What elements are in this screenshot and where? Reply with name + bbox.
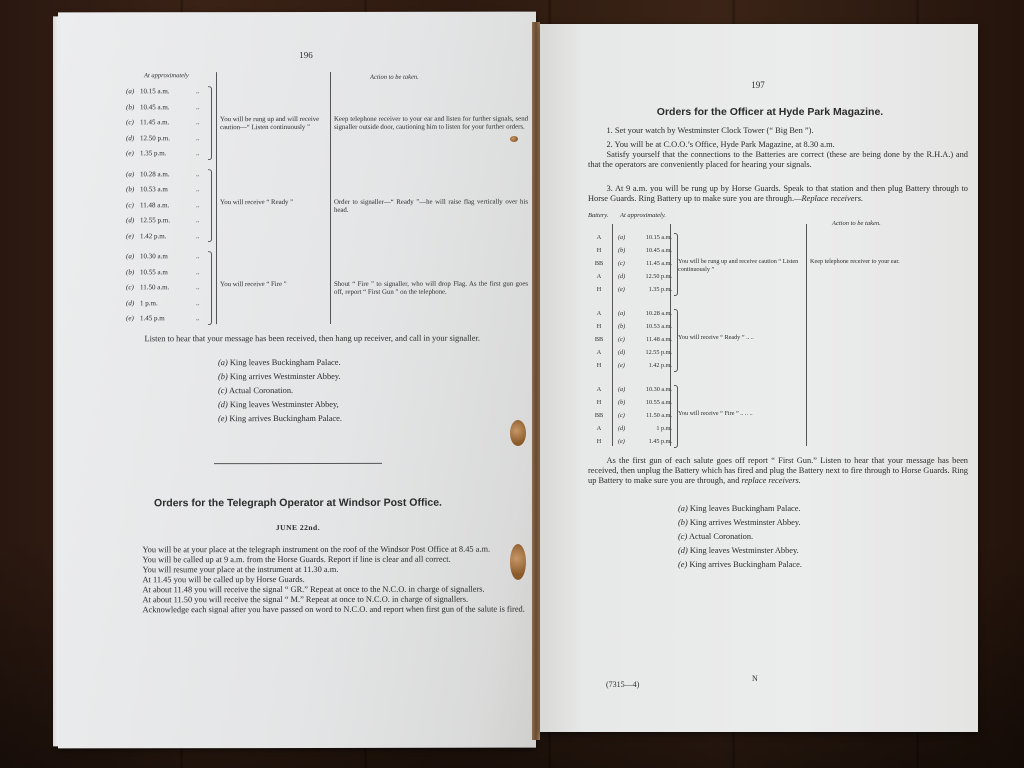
- event-item: (b) King arrives Westminster Abbey.: [678, 516, 802, 530]
- battery-row: A(a)10.30 a.m.: [588, 383, 968, 396]
- salute-timing-table: (a)10.15 a.m...(b)10.45 a.m...(c)11.45 a…: [126, 84, 526, 85]
- row-label: (b): [126, 100, 140, 116]
- row-time: 10.28 a.m.: [140, 167, 190, 183]
- battery-row: H(b)10.45 a.m.: [588, 244, 968, 257]
- battery-code: H: [588, 435, 610, 448]
- row-time: 10.55 a.m: [140, 265, 190, 281]
- leader-dots: ..: [196, 314, 200, 322]
- leader-dots: ..: [196, 299, 200, 307]
- book-spine: [532, 22, 540, 740]
- group-action: Keep telephone receiver to your ear and …: [334, 116, 528, 132]
- row-time: 1.35 p.m.: [632, 283, 672, 296]
- battery-row: A(d)1 p.m.: [588, 422, 968, 435]
- row-label: (e): [126, 229, 140, 245]
- row-label: (b): [126, 265, 140, 281]
- row-label: (b): [126, 182, 140, 198]
- battery-row: H(e)1.45 p.m.: [588, 435, 968, 448]
- instruction-3: 3. At 9 a.m. you will be rung up by Hors…: [588, 184, 968, 204]
- event-item: (a) King leaves Buckingham Palace.: [678, 502, 802, 516]
- row-label: (d): [618, 422, 632, 435]
- instruction-2-detail: Satisfy yourself that the connections to…: [588, 150, 968, 170]
- row-label: (a): [618, 383, 632, 396]
- group-action: Order to signaller—“ Ready ”—he will rai…: [334, 198, 528, 214]
- leader-dots: ..: [196, 103, 200, 111]
- group-brace: [208, 86, 212, 160]
- battery-row: H(e)1.42 p.m.: [588, 359, 968, 372]
- order-paragraph: You will be called up at 9 a.m. from the…: [124, 555, 528, 566]
- row-label: (d): [126, 131, 140, 147]
- row-time: 11.50 a.m.: [140, 280, 190, 296]
- event-item: (b) King arrives Westminster Abbey.: [218, 370, 342, 384]
- time-column-header: At approximately: [144, 72, 189, 79]
- battery-row: H(b)10.55 a.m.: [588, 396, 968, 409]
- time-row: (b)10.53 a.m..: [126, 182, 526, 198]
- printer-code: (7315—4): [606, 680, 639, 689]
- time-row: (e)1.45 p.m..: [126, 311, 526, 327]
- leader-dots: ..: [196, 149, 200, 157]
- row-label: (c): [126, 115, 140, 131]
- event-label: (a): [218, 358, 228, 367]
- table-group: A(a)10.15 a.m.H(b)10.45 a.m.BB(c)11.45 a…: [588, 231, 968, 296]
- row-time: 10.45 a.m.: [140, 100, 190, 116]
- event-item: (e) King arrives Buckingham Palace.: [678, 558, 802, 572]
- time-row: (e)1.42 p.m...: [126, 228, 526, 244]
- row-label: (c): [126, 198, 140, 214]
- group-event: You will be rung up and will receive cau…: [220, 116, 328, 132]
- row-time: 10.30 a.m: [140, 249, 190, 265]
- event-text: King arrives Westminster Abbey.: [690, 518, 801, 527]
- order-paragraph: You will be at your place at the telegra…: [124, 545, 528, 556]
- row-time: 1.45 p.m: [140, 311, 190, 327]
- row-label: (e): [618, 283, 632, 296]
- row-time: 1.42 p.m.: [632, 359, 672, 372]
- row-label: (e): [126, 146, 140, 162]
- time-row: (d)12.55 p.m...: [126, 213, 526, 229]
- row-label: (a): [126, 84, 140, 100]
- left-page: 196 At approximately Action to be taken.…: [58, 12, 536, 749]
- time-row: (e)1.35 p.m...: [126, 146, 526, 162]
- row-label: (d): [618, 346, 632, 359]
- event-item: (d) King leaves Westminster Abbey.: [678, 544, 802, 558]
- row-time: 10.15 a.m.: [140, 84, 190, 100]
- battery-code: A: [588, 346, 610, 359]
- row-label: (a): [126, 167, 140, 183]
- first-gun-italic: replace receivers.: [742, 476, 801, 485]
- action-column-header: Action to be taken.: [370, 74, 419, 81]
- instruction-3-text: 3. At 9 a.m. you will be rung up by Hors…: [588, 184, 968, 203]
- row-time: 11.45 a.m.: [140, 115, 190, 131]
- telegraph-orders: You will be at your place at the telegra…: [124, 545, 528, 616]
- event-list: (a) King leaves Buckingham Palace.(b) Ki…: [218, 356, 342, 426]
- order-paragraph: You will resume your place at the instru…: [124, 565, 528, 576]
- row-label: (d): [618, 270, 632, 283]
- row-label: (c): [618, 257, 632, 270]
- event-text: King leaves Westminster Abbey.: [690, 546, 799, 555]
- battery-code: H: [588, 320, 610, 333]
- battery-row: A(a)10.15 a.m.: [588, 231, 968, 244]
- right-page: 197 Orders for the Officer at Hyde Park …: [540, 24, 978, 732]
- battery-code: BB: [588, 333, 610, 346]
- leader-dots: ..: [196, 268, 200, 276]
- battery-row: H(e)1.35 p.m.: [588, 283, 968, 296]
- instruction-2: 2. You will be at C.O.O.’s Office, Hyde …: [588, 140, 968, 150]
- group-event: You will receive “ Ready ” .. ..: [678, 334, 806, 342]
- event-label: (b): [218, 372, 228, 381]
- order-paragraph: At 11.45 you will be called up by Horse …: [124, 575, 528, 586]
- row-time: 1 p.m.: [632, 422, 672, 435]
- time-column-header: At approximately.: [620, 212, 666, 219]
- row-time: 11.48 a.m.: [140, 198, 190, 214]
- time-row: (a)10.30 a.m..: [126, 249, 526, 265]
- row-label: (d): [126, 213, 140, 229]
- row-label: (e): [126, 311, 140, 327]
- group-event: You will be rung up and receive caution …: [678, 258, 806, 274]
- row-label: (a): [618, 231, 632, 244]
- row-time: 1 p.m.: [140, 296, 190, 312]
- event-label: (c): [678, 532, 687, 541]
- battery-code: BB: [588, 409, 610, 422]
- leader-dots: ..: [196, 201, 200, 209]
- row-time: 12.50 p.m.: [632, 270, 672, 283]
- row-time: 12.50 p.m.: [140, 131, 190, 147]
- instruction-3-italic: —Replace receivers.: [794, 194, 863, 203]
- group-event: You will receive “ Fire ”: [220, 281, 328, 289]
- row-time: 10.53 a.m: [140, 182, 190, 198]
- time-row: (d)1 p.m...: [126, 295, 526, 311]
- time-row: (b)10.55 a.m..: [126, 264, 526, 280]
- group-brace: [208, 169, 212, 243]
- group-action: Shout “ Fire ” to signaller, who will dr…: [334, 281, 528, 297]
- row-label: (c): [618, 409, 632, 422]
- section-date: JUNE 22nd.: [248, 523, 348, 532]
- battery-code: A: [588, 270, 610, 283]
- time-row: (a)10.15 a.m...: [126, 84, 526, 100]
- time-row: (d)12.50 p.m...: [126, 130, 526, 146]
- battery-code: A: [588, 307, 610, 320]
- row-time: 10.15 a.m.: [632, 231, 672, 244]
- event-text: King arrives Buckingham Palace.: [689, 560, 802, 569]
- event-label: (d): [218, 400, 228, 409]
- event-label: (b): [678, 518, 688, 527]
- row-time: 12.55 p.m.: [632, 346, 672, 359]
- row-time: 11.48 a.m.: [632, 333, 672, 346]
- event-text: Actual Coronation.: [689, 532, 753, 541]
- row-time: 1.45 p.m.: [632, 435, 672, 448]
- row-label: (a): [126, 249, 140, 265]
- leader-dots: ..: [196, 134, 200, 142]
- event-item: (c) Actual Coronation.: [218, 384, 342, 398]
- leader-dots: ..: [196, 216, 200, 224]
- row-time: 10.55 a.m.: [632, 396, 672, 409]
- row-label: (e): [618, 359, 632, 372]
- battery-row: A(a)10.28 a.m.: [588, 307, 968, 320]
- event-text: King leaves Westminster Abbey,: [230, 400, 339, 409]
- event-text: King arrives Buckingham Palace.: [229, 414, 342, 423]
- table-group: A(a)10.30 a.m.H(b)10.55 a.m.BB(c)11.50 a…: [588, 383, 968, 448]
- battery-code: H: [588, 396, 610, 409]
- row-label: (a): [618, 307, 632, 320]
- leader-dots: ..: [196, 170, 200, 178]
- instruction-1: 1. Set your watch by Westminster Clock T…: [588, 126, 968, 136]
- row-label: (c): [618, 333, 632, 346]
- row-time: 1.42 p.m.: [140, 229, 190, 245]
- action-column-header: Action to be taken.: [832, 220, 881, 227]
- row-label: (d): [126, 296, 140, 312]
- row-time: 10.53 a.m.: [632, 320, 672, 333]
- row-time: 11.50 a.m.: [632, 409, 672, 422]
- time-row: (a)10.28 a.m...: [126, 166, 526, 182]
- leader-dots: ..: [196, 232, 200, 240]
- battery-code: BB: [588, 257, 610, 270]
- battery-column-header: Battery.: [588, 212, 608, 219]
- row-label: (b): [618, 244, 632, 257]
- order-paragraph: At about 11.50 you will receive the sign…: [124, 595, 528, 606]
- event-item: (d) King leaves Westminster Abbey,: [218, 398, 342, 412]
- battery-row: A(d)12.55 p.m.: [588, 346, 968, 359]
- battery-code: H: [588, 244, 610, 257]
- row-label: (e): [618, 435, 632, 448]
- leader-dots: ..: [196, 252, 200, 260]
- group-brace: [208, 251, 212, 325]
- listen-paragraph: Listen to hear that your message has bee…: [126, 334, 528, 345]
- page-number: 197: [738, 80, 778, 90]
- leader-dots: ..: [196, 87, 200, 95]
- leader-dots: ..: [196, 185, 200, 193]
- battery-code: A: [588, 422, 610, 435]
- table-group: A(a)10.28 a.m.H(b)10.53 a.m.BB(c)11.48 a…: [588, 307, 968, 372]
- rust-stain: [510, 136, 518, 142]
- section-divider: [214, 463, 382, 464]
- section-title: Orders for the Telegraph Operator at Win…: [98, 497, 498, 510]
- table-group: (a)10.15 a.m...(b)10.45 a.m...(c)11.45 a…: [126, 84, 526, 162]
- leader-dots: ..: [196, 283, 200, 291]
- event-text: King leaves Buckingham Palace.: [690, 504, 801, 513]
- event-item: (e) King arrives Buckingham Palace.: [218, 412, 342, 426]
- event-item: (c) Actual Coronation.: [678, 530, 802, 544]
- section-title: Orders for the Officer at Hyde Park Maga…: [580, 106, 960, 118]
- event-label: (d): [678, 546, 688, 555]
- table-group: (a)10.28 a.m...(b)10.53 a.m..(c)11.48 a.…: [126, 166, 526, 244]
- group-event: You will receive “ Fire ” .. .. ..: [678, 410, 806, 418]
- rust-stain: [510, 420, 526, 446]
- event-label: (e): [678, 560, 687, 569]
- row-time: 11.45 a.m.: [632, 257, 672, 270]
- row-time: 10.45 a.m.: [632, 244, 672, 257]
- leader-dots: ..: [196, 118, 200, 126]
- rust-stain: [510, 544, 526, 580]
- event-label: (e): [218, 414, 227, 423]
- battery-row: H(b)10.53 a.m.: [588, 320, 968, 333]
- first-gun-paragraph: As the first gun of each salute goes off…: [588, 456, 968, 486]
- event-text: Actual Coronation.: [229, 386, 293, 395]
- row-time: 1.35 p.m.: [140, 146, 190, 162]
- event-text: King arrives Westminster Abbey.: [230, 372, 341, 381]
- battery-code: A: [588, 383, 610, 396]
- event-text: King leaves Buckingham Palace.: [230, 358, 341, 367]
- battery-code: H: [588, 359, 610, 372]
- row-time: 10.28 a.m.: [632, 307, 672, 320]
- group-event: You will receive “ Ready ”: [220, 198, 328, 206]
- row-time: 12.55 p.m.: [140, 213, 190, 229]
- event-label: (c): [218, 386, 227, 395]
- event-list: (a) King leaves Buckingham Palace.(b) Ki…: [678, 502, 802, 572]
- battery-code: H: [588, 283, 610, 296]
- row-label: (c): [126, 280, 140, 296]
- order-paragraph: Acknowledge each signal after you have p…: [124, 605, 528, 616]
- order-paragraph: At about 11.48 you will receive the sign…: [124, 585, 528, 596]
- battery-code: A: [588, 231, 610, 244]
- time-row: (b)10.45 a.m...: [126, 99, 526, 115]
- group-action: Keep telephone receiver to your ear.: [810, 258, 922, 266]
- row-label: (b): [618, 396, 632, 409]
- signature-mark: N: [752, 674, 758, 683]
- event-item: (a) King leaves Buckingham Palace.: [218, 356, 342, 370]
- page-number: 196: [286, 50, 326, 60]
- table-group: (a)10.30 a.m..(b)10.55 a.m..(c)11.50 a.m…: [126, 249, 526, 327]
- row-label: (b): [618, 320, 632, 333]
- event-label: (a): [678, 504, 688, 513]
- row-time: 10.30 a.m.: [632, 383, 672, 396]
